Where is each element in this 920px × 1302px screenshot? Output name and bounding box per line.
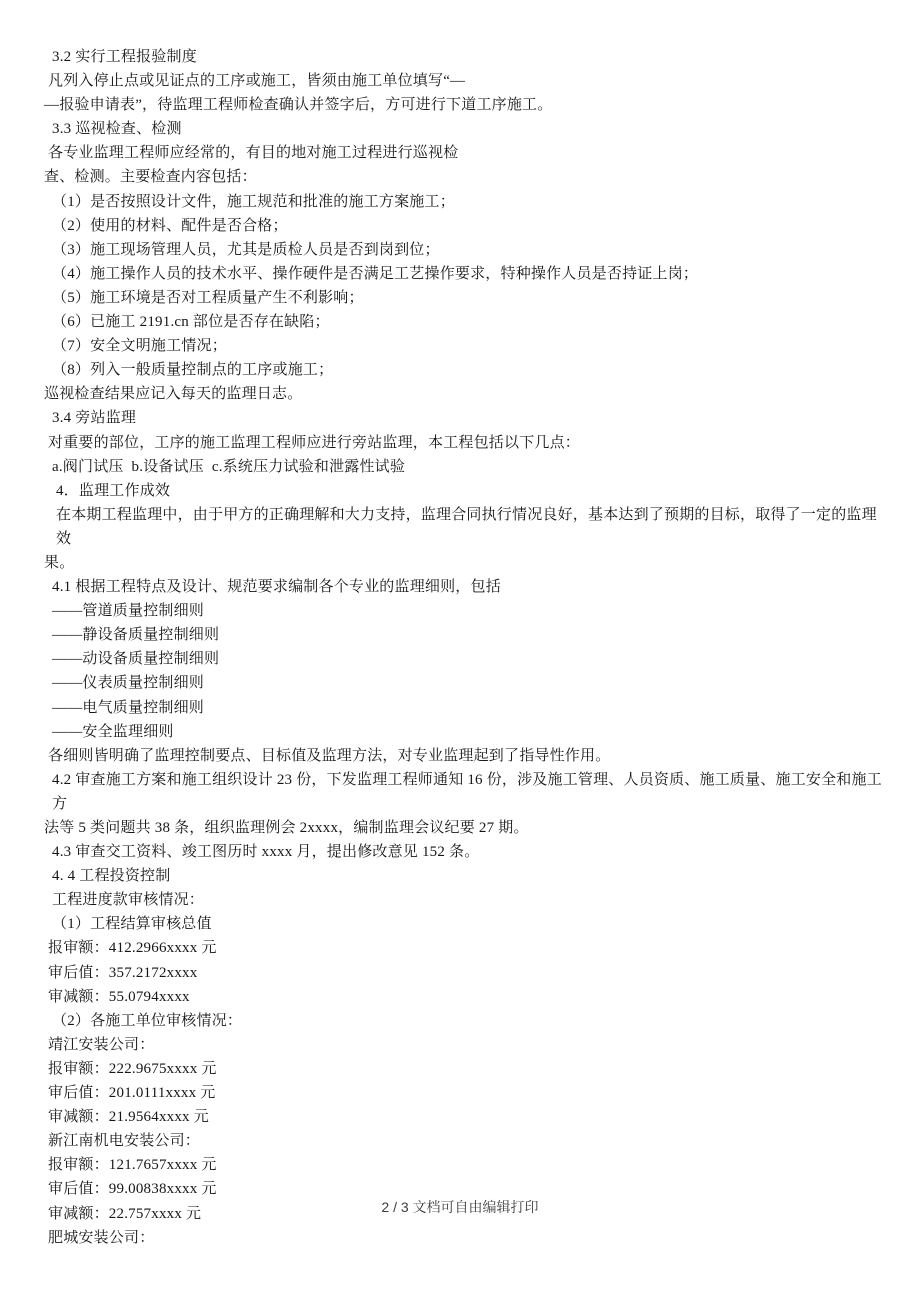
doc-line: 工程进度款审核情况： xyxy=(44,888,886,912)
doc-line: 3.3 巡视检查、检测 xyxy=(44,117,886,141)
doc-line: （2）各施工单位审核情况： xyxy=(44,1009,886,1033)
doc-line: 3.4 旁站监理 xyxy=(44,406,886,430)
doc-line: 凡列入停止点或见证点的工序或施工，皆须由施工单位填写“— xyxy=(44,69,886,93)
page-footer: 2 / 3 文档可自由编辑打印 xyxy=(0,1196,920,1218)
doc-line: ——电气质量控制细则 xyxy=(44,696,886,720)
doc-line: 在本期工程监理中，由于甲方的正确理解和大力支持，监理合同执行情况良好，基本达到了… xyxy=(44,503,886,551)
doc-line: （1）工程结算审核总值 xyxy=(44,912,886,936)
doc-line: ——静设备质量控制细则 xyxy=(44,623,886,647)
doc-line: （7）安全文明施工情况； xyxy=(44,334,886,358)
doc-line: 审减额：21.9564xxxx 元 xyxy=(44,1105,886,1129)
doc-line: （8）列入一般质量控制点的工序或施工； xyxy=(44,358,886,382)
doc-line: 法等 5 类问题共 38 条，组织监理例会 2xxxx，编制监理会议纪要 27 … xyxy=(44,816,886,840)
doc-line: ——仪表质量控制细则 xyxy=(44,671,886,695)
doc-line: 各专业监理工程师应经常的，有目的地对施工过程进行巡视检 xyxy=(44,141,886,165)
doc-line: a.阀门试压 b.设备试压 c.系统压力试验和泄露性试验 xyxy=(44,455,886,479)
doc-line: ——管道质量控制细则 xyxy=(44,599,886,623)
doc-line: 审减额：55.0794xxxx xyxy=(44,985,886,1009)
doc-line: 报审额：412.2966xxxx 元 xyxy=(44,936,886,960)
doc-line: 3.2 实行工程报验制度 xyxy=(44,45,886,69)
doc-line: （1）是否按照设计文件，施工规范和批准的施工方案施工； xyxy=(44,190,886,214)
doc-line: （6）已施工 2191.cn 部位是否存在缺陷； xyxy=(44,310,886,334)
doc-line: 审后值：357.2172xxxx xyxy=(44,961,886,985)
doc-line: 4．监理工作成效 xyxy=(44,479,886,503)
doc-line: ——安全监理细则 xyxy=(44,720,886,744)
doc-line: 4.2 审查施工方案和施工组织设计 23 份，下发监理工程师通知 16 份，涉及… xyxy=(44,768,886,816)
doc-line: —报验申请表”，待监理工程师检查确认并签字后，方可进行下道工序施工。 xyxy=(44,93,886,117)
doc-line: （3）施工现场管理人员，尤其是质检人员是否到岗到位； xyxy=(44,238,886,262)
doc-line: ——动设备质量控制细则 xyxy=(44,647,886,671)
doc-line: 肥城安装公司： xyxy=(44,1226,886,1250)
doc-line: 靖江安装公司： xyxy=(44,1033,886,1057)
doc-line: 新江南机电安装公司： xyxy=(44,1129,886,1153)
document-body: 3.2 实行工程报验制度凡列入停止点或见证点的工序或施工，皆须由施工单位填写“—… xyxy=(44,45,886,1250)
document-page: 3.2 实行工程报验制度凡列入停止点或见证点的工序或施工，皆须由施工单位填写“—… xyxy=(44,45,886,1250)
doc-line: （5）施工环境是否对工程质量产生不利影响； xyxy=(44,286,886,310)
doc-line: （4）施工操作人员的技术水平、操作硬件是否满足工艺操作要求，特种操作人员是否持证… xyxy=(44,262,886,286)
doc-line: 各细则皆明确了监理控制要点、目标值及监理方法，对专业监理起到了指导性作用。 xyxy=(44,744,886,768)
doc-line: 报审额：121.7657xxxx 元 xyxy=(44,1153,886,1177)
doc-line: 果。 xyxy=(44,551,886,575)
doc-line: 对重要的部位，工序的施工监理工程师应进行旁站监理，本工程包括以下几点： xyxy=(44,431,886,455)
doc-line: 审后值：201.0111xxxx 元 xyxy=(44,1081,886,1105)
doc-line: 4.3 审查交工资料、竣工图历时 xxxx 月，提出修改意见 152 条。 xyxy=(44,840,886,864)
doc-line: 报审额：222.9675xxxx 元 xyxy=(44,1057,886,1081)
doc-line: 4. 4 工程投资控制 xyxy=(44,864,886,888)
doc-line: 4.1 根据工程特点及设计、规范要求编制各个专业的监理细则，包括 xyxy=(44,575,886,599)
doc-line: 查、检测。主要检查内容包括： xyxy=(44,165,886,189)
doc-line: 巡视检查结果应记入每天的监理日志。 xyxy=(44,382,886,406)
doc-line: （2）使用的材料、配件是否合格； xyxy=(44,214,886,238)
